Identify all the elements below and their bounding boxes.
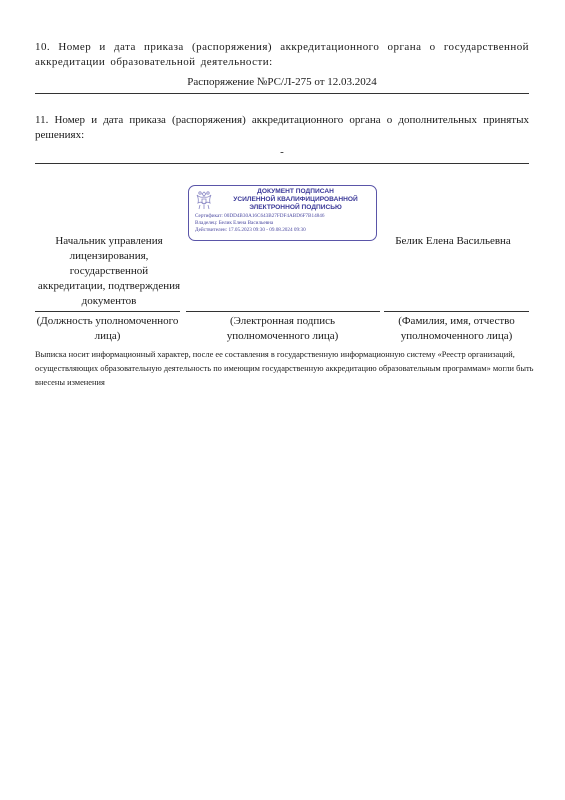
signer-position: Начальник управления лицензирования, гос… — [35, 234, 183, 309]
section-10-value: Распоряжение №РС/Л-275 от 12.03.2024 — [35, 75, 529, 94]
coat-of-arms-icon — [193, 189, 215, 211]
section-11-text: 11. Номер и дата приказа (распоряжения) … — [35, 113, 529, 143]
stamp-validity: Действителен: 17.05.2023 09:30 - 09.08.2… — [195, 227, 306, 234]
footnote-disclaimer: Выписка носит информационный характер, п… — [35, 348, 535, 390]
position-line — [35, 311, 180, 312]
name-caption: (Фамилия, имя, отчество уполномоченного … — [384, 314, 529, 344]
section-10-text: 10. Номер и дата приказа (распоряжения) … — [35, 40, 529, 70]
document-page: 10. Номер и дата приказа (распоряжения) … — [0, 0, 565, 800]
section-11-value: - — [35, 145, 529, 164]
signature-line — [186, 311, 380, 312]
electronic-signature-stamp: ДОКУМЕНТ ПОДПИСАН УСИЛЕННОЙ КВАЛИФИЦИРОВ… — [188, 185, 377, 241]
position-caption: (Должность уполномоченного лица) — [35, 314, 180, 344]
stamp-owner: Владелец: Белик Елена Васильевна — [195, 220, 273, 227]
stamp-title: ДОКУМЕНТ ПОДПИСАН УСИЛЕННОЙ КВАЛИФИЦИРОВ… — [217, 188, 374, 212]
signature-caption: (Электронная подпись уполномоченного лиц… — [200, 314, 365, 344]
stamp-certificate: Сертификат: 00DD4B30A16C643B27FDF4ABD6F7… — [195, 213, 324, 220]
name-line — [384, 311, 529, 312]
signer-name: Белик Елена Васильевна — [378, 234, 528, 249]
